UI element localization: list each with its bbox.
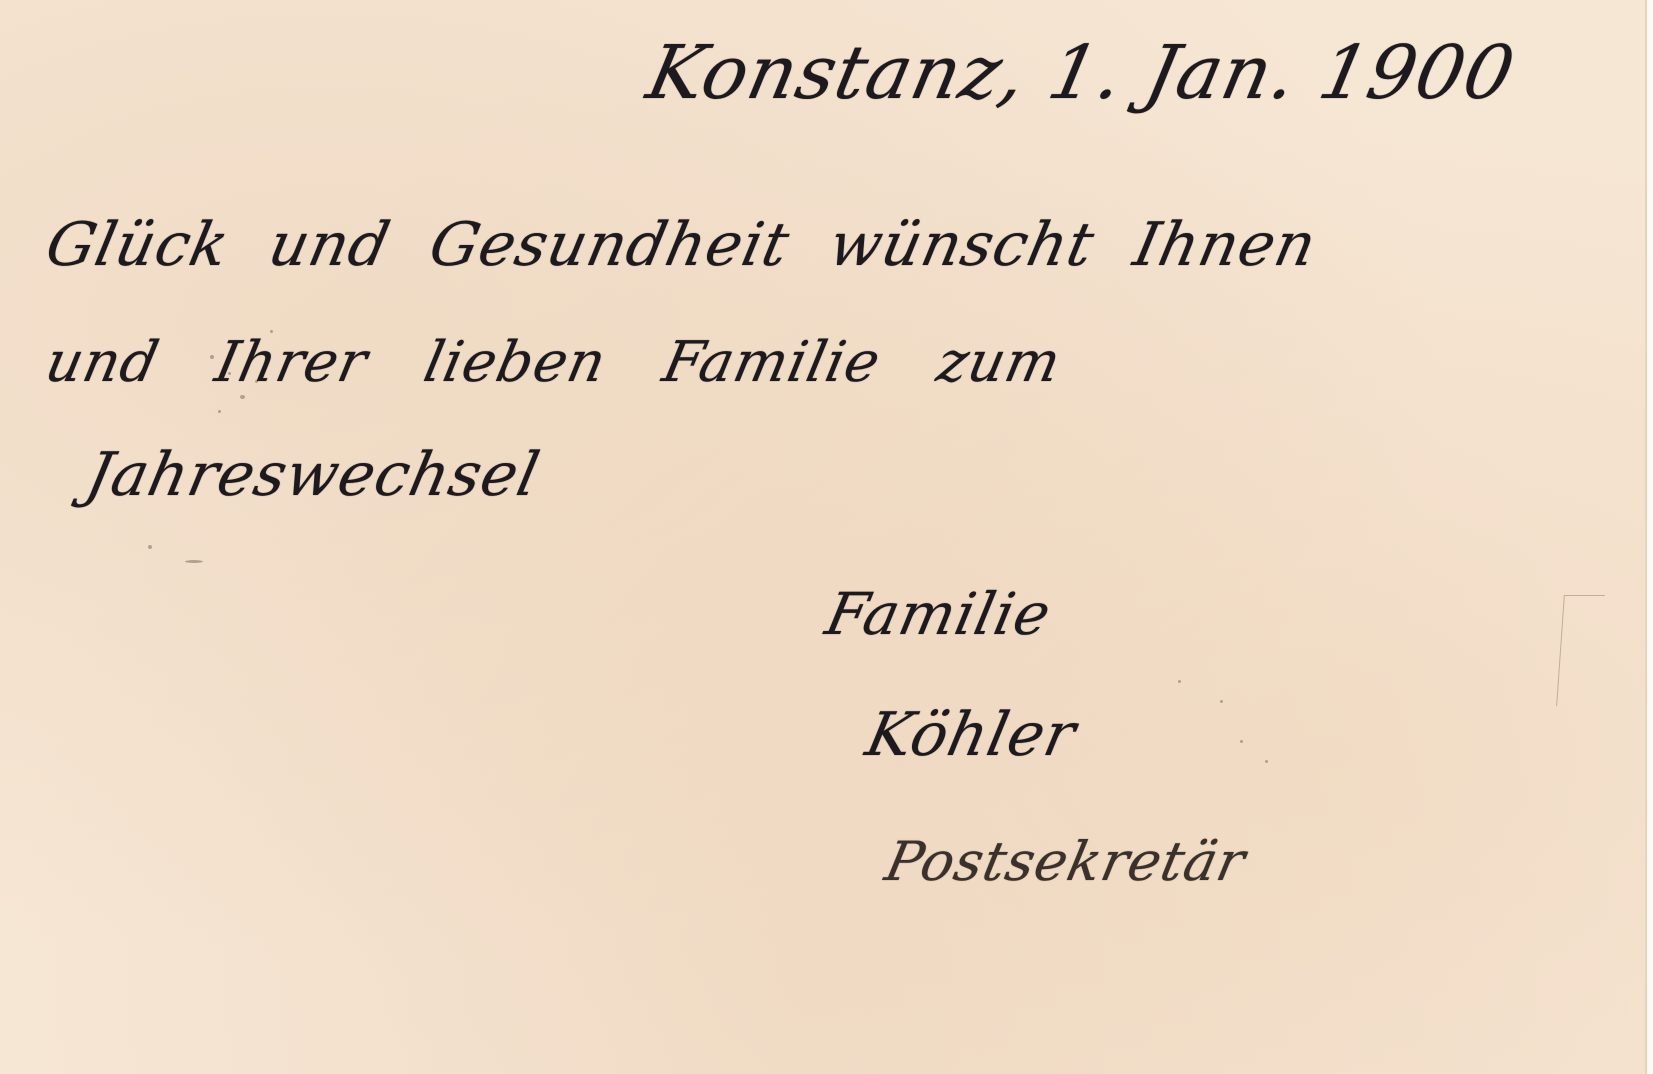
paper-crease [1556, 595, 1605, 706]
postcard: Konstanz, 1. Jan. 1900 Glück und Gesundh… [0, 0, 1647, 1074]
signature-line-1: Familie [820, 580, 1057, 648]
message-line-2: und Ihrer lieben Familie zum [40, 330, 1067, 395]
message-line-1: Glück und Gesundheit wünscht Ihnen [40, 210, 1323, 280]
place-date-line: Konstanz, 1. Jan. 1900 [640, 30, 1522, 116]
signature-line-3: Postsekretär [880, 830, 1251, 893]
signature-line-2: Köhler [860, 700, 1082, 770]
message-line-3: Jahreswechsel [80, 440, 546, 510]
